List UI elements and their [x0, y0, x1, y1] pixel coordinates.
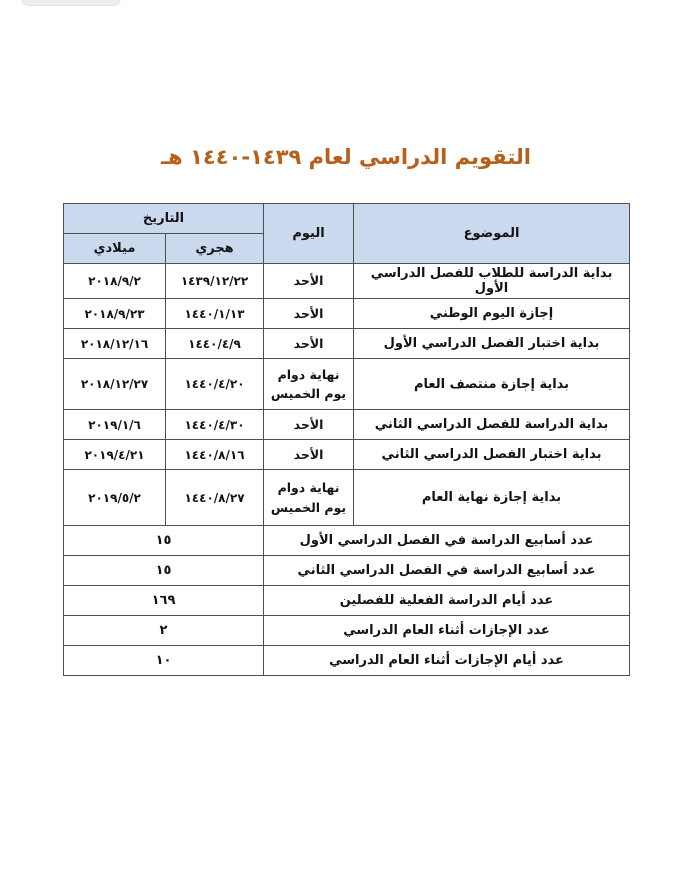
summary-label: عدد الإجازات أثناء العام الدراسي [264, 616, 630, 646]
day-cell: الأحد [264, 264, 354, 299]
summary-value: ١٥ [64, 526, 264, 556]
subject-cell: إجازة اليوم الوطني [354, 299, 630, 329]
summary-label: عدد أيام الإجازات أثناء العام الدراسي [264, 646, 630, 676]
table-row: بداية إجازة نهاية العام نهاية دوام يوم ا… [64, 470, 630, 526]
summary-row: عدد أسابيع الدراسة في الفصل الدراسي الأو… [64, 526, 630, 556]
subject-cell: بداية الدراسة للفصل الدراسي الثاني [354, 410, 630, 440]
day-cell: الأحد [264, 410, 354, 440]
day-cell: الأحد [264, 440, 354, 470]
header-gregorian: ميلادي [64, 234, 166, 264]
subject-cell: بداية إجازة منتصف العام [354, 359, 630, 410]
subject-cell: بداية اختبار الفصل الدراسي الأول [354, 329, 630, 359]
table-row: بداية الدراسة للطلاب للفصل الدراسي الأول… [64, 264, 630, 299]
hijri-date-cell: ١٤٤٠/٤/٣٠ [166, 410, 264, 440]
gregorian-date-cell: ٢٠١٩/٥/٢ [64, 470, 166, 526]
table-row: بداية اختبار الفصل الدراسي الثاني الأحد … [64, 440, 630, 470]
calendar-table-header: الموضوع اليوم التاريخ هجري ميلادي [64, 204, 630, 264]
gregorian-date-cell: ٢٠١٩/٤/٢١ [64, 440, 166, 470]
day-cell: الأحد [264, 329, 354, 359]
day-cell: نهاية دوام يوم الخميس [264, 470, 354, 526]
summary-value: ١٦٩ [64, 586, 264, 616]
day-cell: الأحد [264, 299, 354, 329]
gregorian-date-cell: ٢٠١٨/٩/٢ [64, 264, 166, 299]
hijri-date-cell: ١٤٤٠/٤/٩ [166, 329, 264, 359]
subject-cell: بداية الدراسة للطلاب للفصل الدراسي الأول [354, 264, 630, 299]
hijri-date-cell: ١٤٤٠/٤/٢٠ [166, 359, 264, 410]
hijri-date-cell: ١٤٣٩/١٢/٢٢ [166, 264, 264, 299]
gregorian-date-cell: ٢٠١٨/١٢/٢٧ [64, 359, 166, 410]
summary-value: ١٠ [64, 646, 264, 676]
gregorian-date-cell: ٢٠١٨/٩/٢٣ [64, 299, 166, 329]
summary-label: عدد أيام الدراسة الفعلية للفصلين [264, 586, 630, 616]
table-row: بداية الدراسة للفصل الدراسي الثاني الأحد… [64, 410, 630, 440]
summary-label: عدد أسابيع الدراسة في الفصل الدراسي الثا… [264, 556, 630, 586]
summary-value: ١٥ [64, 556, 264, 586]
hijri-date-cell: ١٤٤٠/٨/٢٧ [166, 470, 264, 526]
hijri-date-cell: ١٤٤٠/٨/١٦ [166, 440, 264, 470]
summary-row: عدد أسابيع الدراسة في الفصل الدراسي الثا… [64, 556, 630, 586]
subject-cell: بداية اختبار الفصل الدراسي الثاني [354, 440, 630, 470]
document-page: { "title": "التقويم الدراسي لعام ١٤٣٩-١٤… [0, 0, 686, 879]
subject-cell: بداية إجازة نهاية العام [354, 470, 630, 526]
day-cell: نهاية دوام يوم الخميس [264, 359, 354, 410]
table-row: بداية إجازة منتصف العام نهاية دوام يوم ا… [64, 359, 630, 410]
page-title: التقويم الدراسي لعام ١٤٣٩-١٤٤٠ هـ [63, 138, 629, 176]
summary-row: عدد أيام الإجازات أثناء العام الدراسي ١٠ [64, 646, 630, 676]
hijri-date-cell: ١٤٤٠/١/١٣ [166, 299, 264, 329]
summary-row: عدد أيام الدراسة الفعلية للفصلين ١٦٩ [64, 586, 630, 616]
table-row: بداية اختبار الفصل الدراسي الأول الأحد ١… [64, 329, 630, 359]
header-day: اليوم [264, 204, 354, 264]
gregorian-date-cell: ٢٠١٩/١/٦ [64, 410, 166, 440]
gregorian-date-cell: ٢٠١٨/١٢/١٦ [64, 329, 166, 359]
header-hijri: هجري [166, 234, 264, 264]
header-date: التاريخ [64, 204, 264, 234]
scrollbar-artifact [21, 0, 121, 6]
calendar-table: الموضوع اليوم التاريخ هجري ميلادي بداية … [63, 203, 630, 676]
header-subject: الموضوع [354, 204, 630, 264]
summary-row: عدد الإجازات أثناء العام الدراسي ٢ [64, 616, 630, 646]
summary-value: ٢ [64, 616, 264, 646]
summary-label: عدد أسابيع الدراسة في الفصل الدراسي الأو… [264, 526, 630, 556]
table-row: إجازة اليوم الوطني الأحد ١٤٤٠/١/١٣ ٢٠١٨/… [64, 299, 630, 329]
